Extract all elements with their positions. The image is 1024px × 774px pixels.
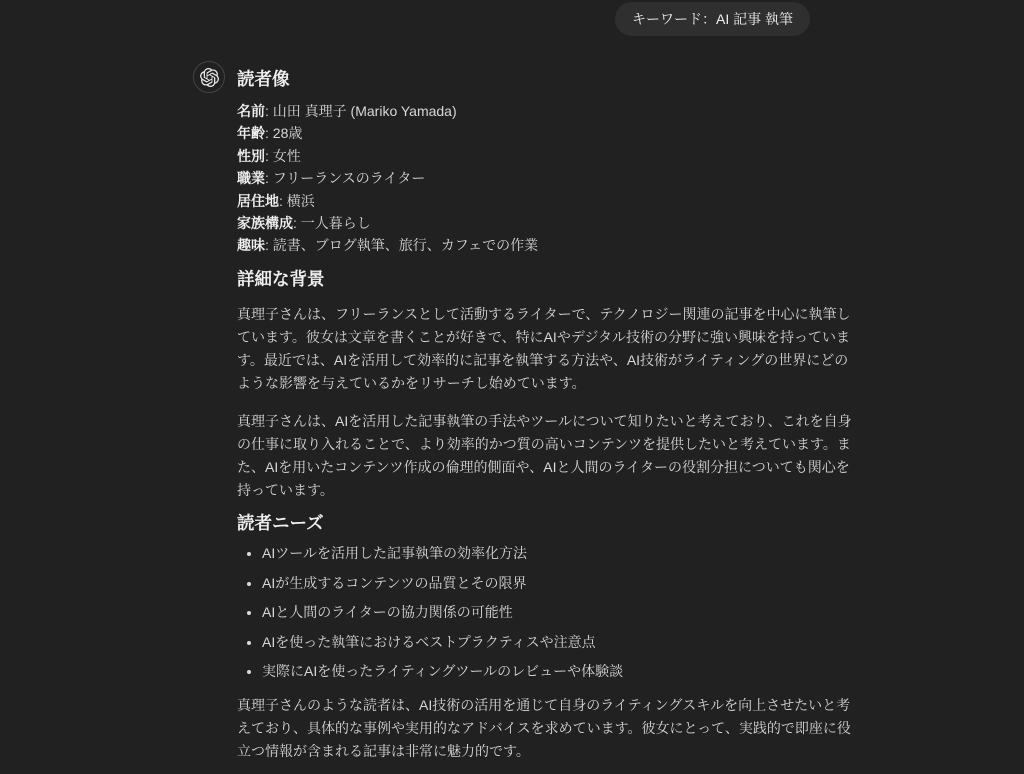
profile-label: 年齢 xyxy=(237,125,265,141)
label-separator: : xyxy=(279,193,287,209)
profile-value: 読書、ブログ執筆、旅行、カフェでの作業 xyxy=(273,237,538,253)
needs-list-item: 実際にAIを使ったライティングツールのレビューや体験談 xyxy=(262,660,855,683)
label-separator: : xyxy=(265,125,273,141)
assistant-message: 読者像 名前: 山田 真理子 (Mariko Yamada) 年齢: 28歳 性… xyxy=(237,62,855,763)
profile-label: 家族構成 xyxy=(237,215,293,231)
needs-list-item: AIツールを活用した記事執筆の効率化方法 xyxy=(262,542,855,565)
chat-page: キーワード：AI 記事 執筆 読者像 名前: 山田 真理子 (Mariko Ya… xyxy=(0,0,1024,774)
profile-value: 横浜 xyxy=(287,193,315,209)
label-separator: : xyxy=(293,215,301,231)
needs-list-item: AIが生成するコンテンツの品質とその限界 xyxy=(262,572,855,595)
label-separator: : xyxy=(265,148,273,164)
persona-title: 読者像 xyxy=(237,66,855,92)
background-paragraph: 真理子さんは、AIを活用した記事執筆の手法やツールについて知りたいと考えており、… xyxy=(237,410,855,503)
user-message-bubble: キーワード：AI 記事 執筆 xyxy=(615,2,810,36)
profile-value: 女性 xyxy=(273,148,301,164)
needs-list-item: AIを使った執筆におけるベストプラクティスや注意点 xyxy=(262,631,855,654)
needs-title: 読者ニーズ xyxy=(237,510,855,536)
profile-label: 居住地 xyxy=(237,193,279,209)
profile-label: 趣味 xyxy=(237,237,265,253)
background-title: 詳細な背景 xyxy=(237,266,855,292)
label-separator: : xyxy=(265,170,273,186)
persona-profile: 名前: 山田 真理子 (Mariko Yamada) 年齢: 28歳 性別: 女… xyxy=(237,100,855,257)
closing-paragraph: 真理子さんのような読者は、AI技術の活用を通じて自身のライティングスキルを向上さ… xyxy=(237,694,855,764)
assistant-avatar xyxy=(193,61,225,93)
profile-value: フリーランスのライター xyxy=(273,170,426,186)
profile-label: 名前 xyxy=(237,103,265,119)
needs-list-item: AIと人間のライターの協力関係の可能性 xyxy=(262,601,855,624)
openai-logo-icon xyxy=(200,68,219,87)
needs-list: AIツールを活用した記事執筆の効率化方法 AIが生成するコンテンツの品質とその限… xyxy=(237,542,855,683)
profile-value: 28歳 xyxy=(273,125,303,141)
profile-label: 職業 xyxy=(237,170,265,186)
label-separator: : xyxy=(265,237,273,253)
user-message-text: キーワード：AI 記事 執筆 xyxy=(632,9,793,29)
profile-label: 性別 xyxy=(237,148,265,164)
profile-value: 山田 真理子 (Mariko Yamada) xyxy=(273,103,457,119)
profile-value: 一人暮らし xyxy=(301,215,371,231)
background-paragraph: 真理子さんは、フリーランスとして活動するライターで、テクノロジー関連の記事を中心… xyxy=(237,303,855,396)
label-separator: : xyxy=(265,103,273,119)
